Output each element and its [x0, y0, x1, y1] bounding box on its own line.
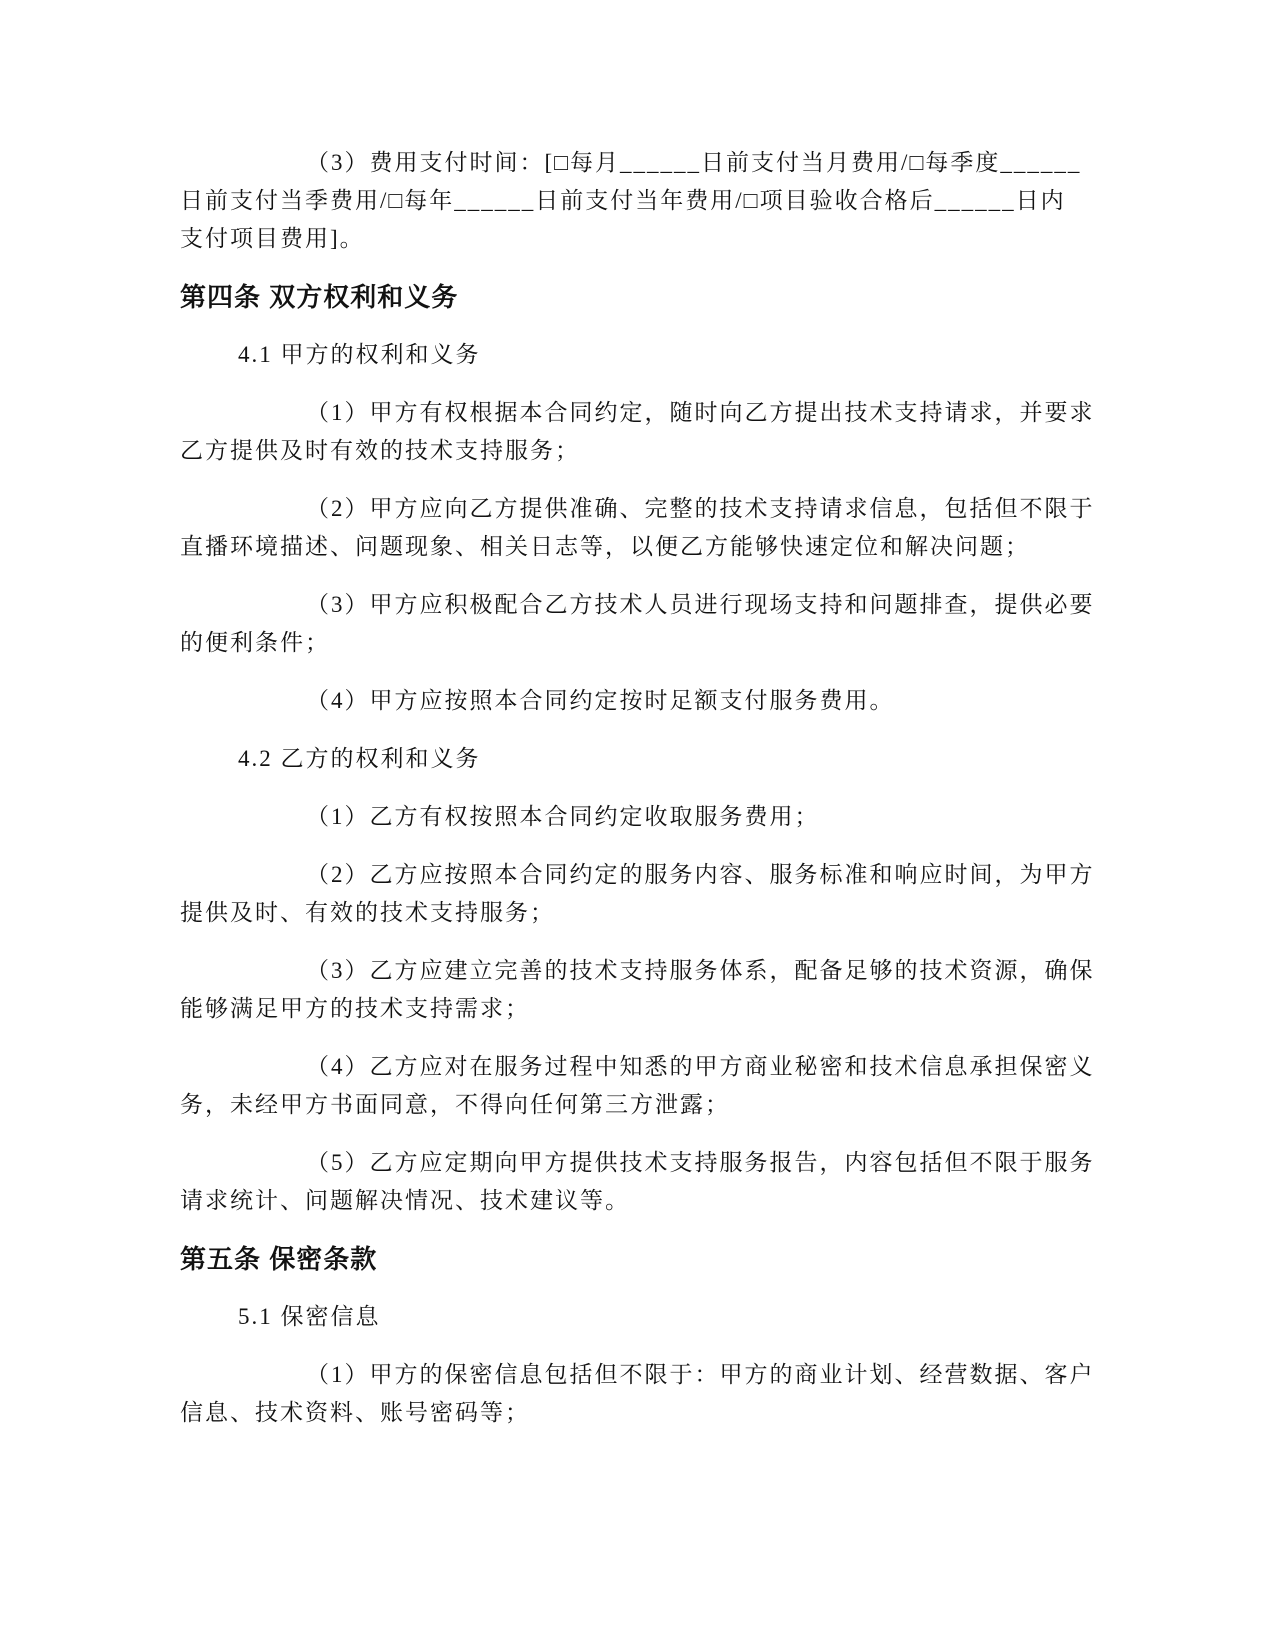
clause-4-1-item-2-paragraph: （2）甲方应向乙方提供准确、完整的技术支持请求信息，包括但不限于 直播环境描述、…	[180, 490, 1120, 566]
clause-5-1-item-1-paragraph: （1）甲方的保密信息包括但不限于：甲方的商业计划、经营数据、客户 信息、技术资料…	[180, 1356, 1120, 1432]
clause-4-2-item-3-paragraph: （3）乙方应建立完善的技术支持服务体系，配备足够的技术资源，确保 能够满足甲方的…	[180, 952, 1120, 1028]
section-4-2-subheading: 4.2 乙方的权利和义务	[180, 740, 1120, 778]
section-5-1-subheading: 5.1 保密信息	[180, 1298, 1120, 1336]
contract-body: （3）费用支付时间：[□每月______日前支付当月费用/□每季度______ …	[180, 144, 1120, 1432]
clause-4-2-item-1-paragraph: （1）乙方有权按照本合同约定收取服务费用；	[180, 798, 1120, 836]
clause-4-1-item-1-paragraph: （1）甲方有权根据本合同约定，随时向乙方提出技术支持请求，并要求 乙方提供及时有…	[180, 394, 1120, 470]
clause-4-1-item-4-paragraph: （4）甲方应按照本合同约定按时足额支付服务费用。	[180, 682, 1120, 720]
clause-4-2-item-5-paragraph: （5）乙方应定期向甲方提供技术支持服务报告，内容包括但不限于服务 请求统计、问题…	[180, 1144, 1120, 1220]
clause-payment-time-paragraph: （3）费用支付时间：[□每月______日前支付当月费用/□每季度______ …	[180, 144, 1120, 258]
clause-4-1-item-3-paragraph: （3）甲方应积极配合乙方技术人员进行现场支持和问题排查，提供必要 的便利条件；	[180, 586, 1120, 662]
section-4-1-subheading: 4.1 甲方的权利和义务	[180, 336, 1120, 374]
article-5-heading: 第五条 保密条款	[180, 1240, 1120, 1278]
clause-4-2-item-2-paragraph: （2）乙方应按照本合同约定的服务内容、服务标准和响应时间，为甲方 提供及时、有效…	[180, 856, 1120, 932]
clause-4-2-item-4-paragraph: （4）乙方应对在服务过程中知悉的甲方商业秘密和技术信息承担保密义 务，未经甲方书…	[180, 1048, 1120, 1124]
article-4-heading: 第四条 双方权利和义务	[180, 278, 1120, 316]
document-page: （3）费用支付时间：[□每月______日前支付当月费用/□每季度______ …	[0, 0, 1275, 1650]
